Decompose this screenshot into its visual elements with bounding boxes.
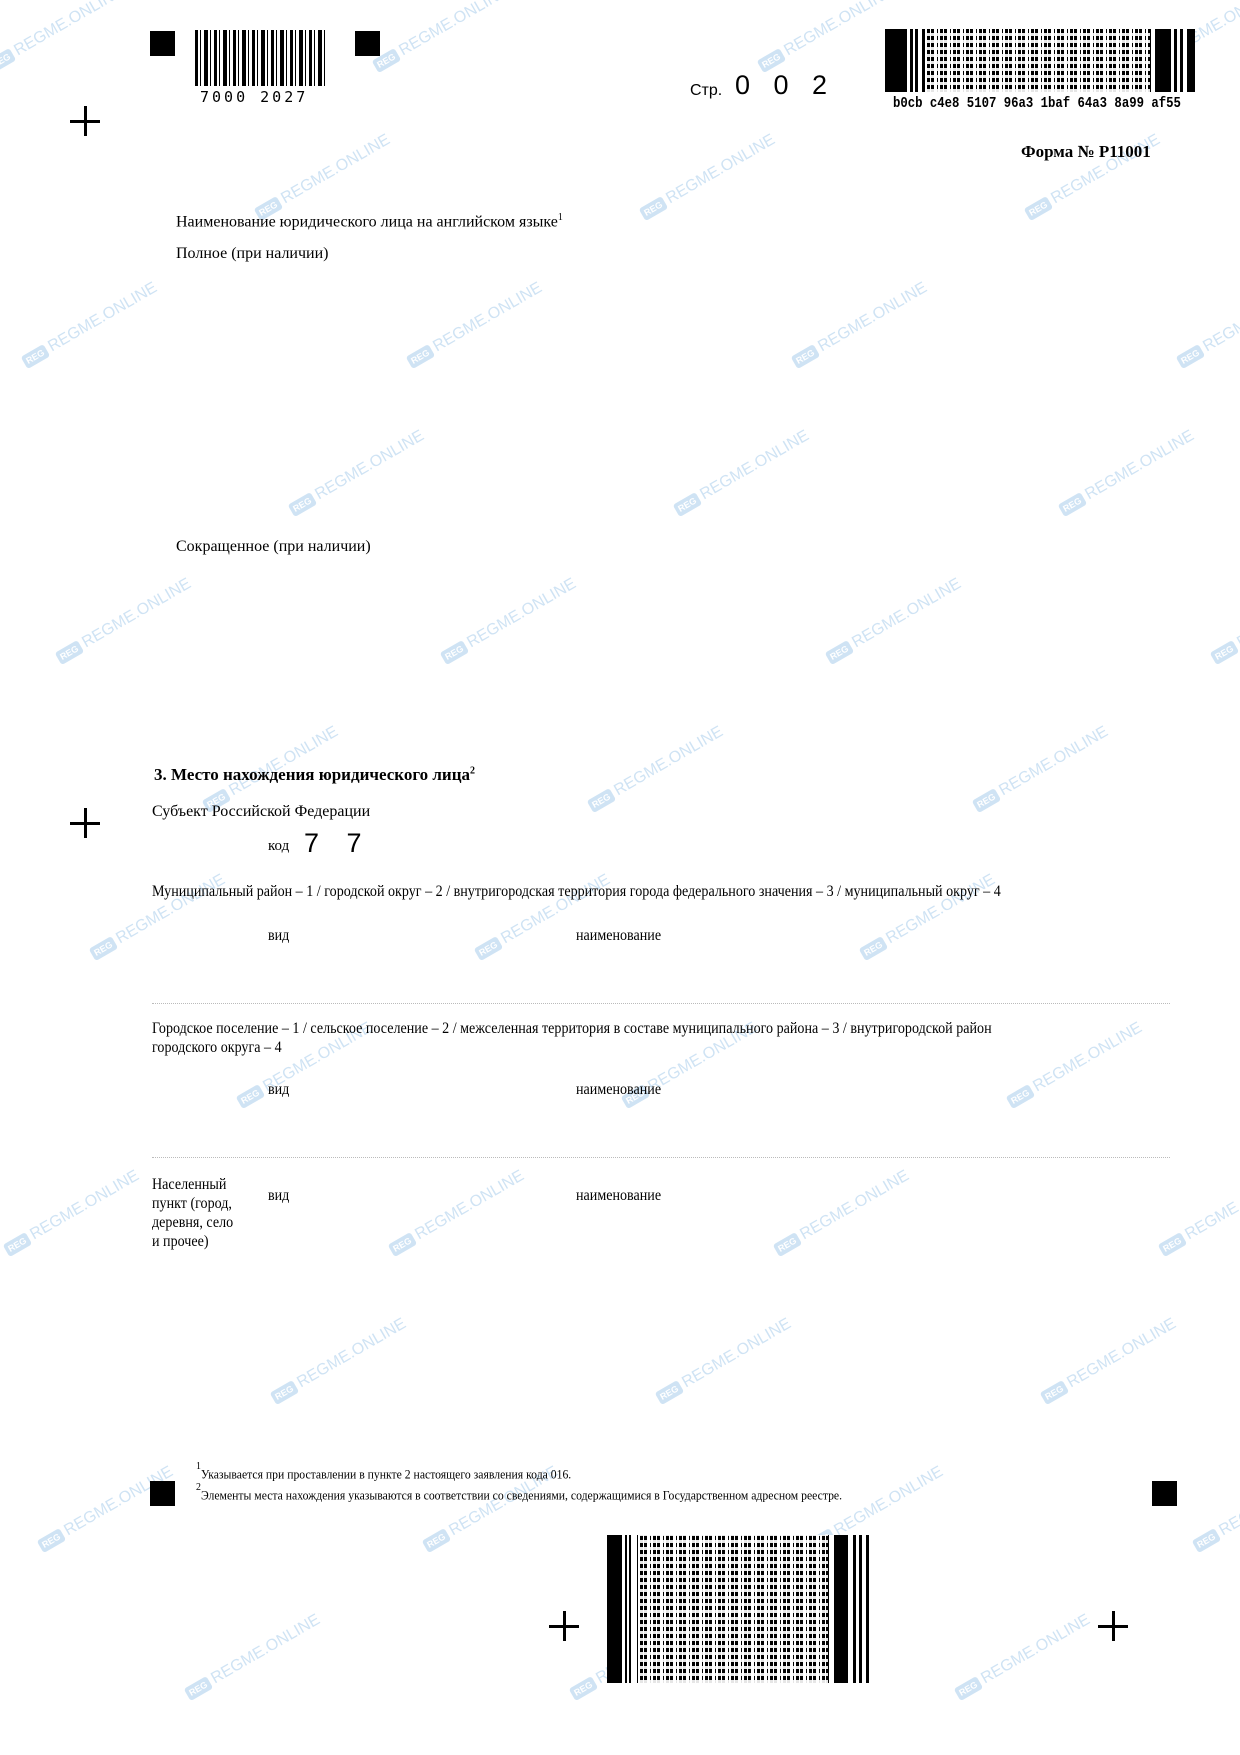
watermark: REGREGME.ONLINE bbox=[2, 1167, 143, 1259]
code-label: код bbox=[268, 838, 289, 855]
watermark: REGREGME.ONLINE bbox=[953, 1611, 1094, 1703]
crosshair-mark-icon bbox=[1098, 1611, 1128, 1641]
locality-name-label: наименование bbox=[576, 1187, 661, 1205]
footnote-2: 2Элементы места нахождения указываются в… bbox=[196, 1485, 842, 1503]
watermark: REGREGME.ONLINE bbox=[1157, 1167, 1240, 1259]
watermark: REGREGME.ONLINE bbox=[824, 575, 965, 667]
watermark: REGREGME.ONLINE bbox=[586, 723, 727, 815]
crosshair-mark-icon bbox=[70, 106, 100, 136]
crosshair-mark-icon bbox=[549, 1611, 579, 1641]
watermark: REGREGME.ONLINE bbox=[756, 0, 897, 75]
watermark: REGREGME.ONLINE bbox=[54, 575, 195, 667]
registration-mark-square bbox=[150, 1481, 175, 1506]
watermark: REGREGME.ONLINE bbox=[654, 1315, 795, 1407]
page-label: Стр. bbox=[690, 82, 722, 100]
watermark: REGREGME.ONLINE bbox=[1039, 1315, 1180, 1407]
watermark: REGREGME.ONLINE bbox=[20, 279, 161, 371]
locality-type-label: вид bbox=[268, 1187, 289, 1205]
pdf417-barcode-top bbox=[885, 29, 1195, 92]
form-number: Форма № Р11001 bbox=[1021, 142, 1151, 162]
pdf417-barcode-bottom bbox=[607, 1535, 880, 1683]
divider bbox=[152, 1157, 1170, 1158]
registration-mark-square bbox=[1152, 1481, 1177, 1506]
barcode-number: 7000 2027 bbox=[200, 88, 308, 106]
english-name-title: Наименование юридического лица на англий… bbox=[176, 212, 563, 231]
watermark: REGREGME.ONLINE bbox=[36, 1463, 177, 1555]
section-3-title: 3. Место нахождения юридического лица2 bbox=[154, 765, 475, 785]
watermark: REGREGME.ONLINE bbox=[183, 1611, 324, 1703]
watermark: REGREGME.ONLINE bbox=[387, 1167, 528, 1259]
short-name-label: Сокращенное (при наличии) bbox=[176, 538, 371, 556]
watermark: REGREGME.ONLINE bbox=[672, 427, 813, 519]
settlement-type-label: вид bbox=[268, 1081, 289, 1099]
watermark: REGREGME.ONLINE bbox=[772, 1167, 913, 1259]
document-hash: b0cb c4e8 5107 96a3 1baf 64a3 8a99 af55 bbox=[893, 95, 1181, 112]
settlement-description-line1: Городское поселение – 1 / сельское посел… bbox=[152, 1020, 992, 1038]
watermark: REGREGME.ONLINE bbox=[371, 0, 512, 75]
watermark: REGREGME.ONLINE bbox=[971, 723, 1112, 815]
full-name-label: Полное (при наличии) bbox=[176, 245, 329, 263]
registration-mark-square bbox=[150, 31, 175, 56]
watermark: REGREGME.ONLINE bbox=[1005, 1019, 1146, 1111]
watermark: REGREGME.ONLINE bbox=[1057, 427, 1198, 519]
divider bbox=[152, 1003, 1170, 1004]
locality-label: Населенный пункт (город, деревня, село и… bbox=[152, 1175, 249, 1251]
watermark: REGREGME.ONLINE bbox=[1191, 1463, 1240, 1555]
municipal-type-label: вид bbox=[268, 927, 289, 945]
subject-label: Субъект Российской Федерации bbox=[152, 803, 370, 821]
watermark: REGREGME.ONLINE bbox=[253, 131, 394, 223]
page-number: 0 0 2 bbox=[735, 70, 835, 101]
barcode bbox=[195, 30, 325, 86]
settlement-name-label: наименование bbox=[576, 1081, 661, 1099]
region-code-field[interactable]: 7 7 bbox=[304, 828, 372, 859]
watermark: REGREGME.ONLINE bbox=[1175, 279, 1240, 371]
watermark: REGREGME.ONLINE bbox=[0, 0, 127, 75]
registration-mark-square bbox=[355, 31, 380, 56]
settlement-description-line2: городского округа – 4 bbox=[152, 1039, 282, 1057]
municipal-description: Муниципальный район – 1 / городской окру… bbox=[152, 883, 1001, 901]
watermark: REGREGME.ONLINE bbox=[1209, 575, 1240, 667]
watermark: REGREGME.ONLINE bbox=[439, 575, 580, 667]
footnote-1: 1Указывается при проставлении в пункте 2… bbox=[196, 1464, 571, 1482]
watermark: REGREGME.ONLINE bbox=[638, 131, 779, 223]
crosshair-mark-icon bbox=[70, 808, 100, 838]
watermark: REGREGME.ONLINE bbox=[287, 427, 428, 519]
municipal-name-label: наименование bbox=[576, 927, 661, 945]
watermark: REGREGME.ONLINE bbox=[405, 279, 546, 371]
watermark: REGREGME.ONLINE bbox=[269, 1315, 410, 1407]
watermark: REGREGME.ONLINE bbox=[790, 279, 931, 371]
